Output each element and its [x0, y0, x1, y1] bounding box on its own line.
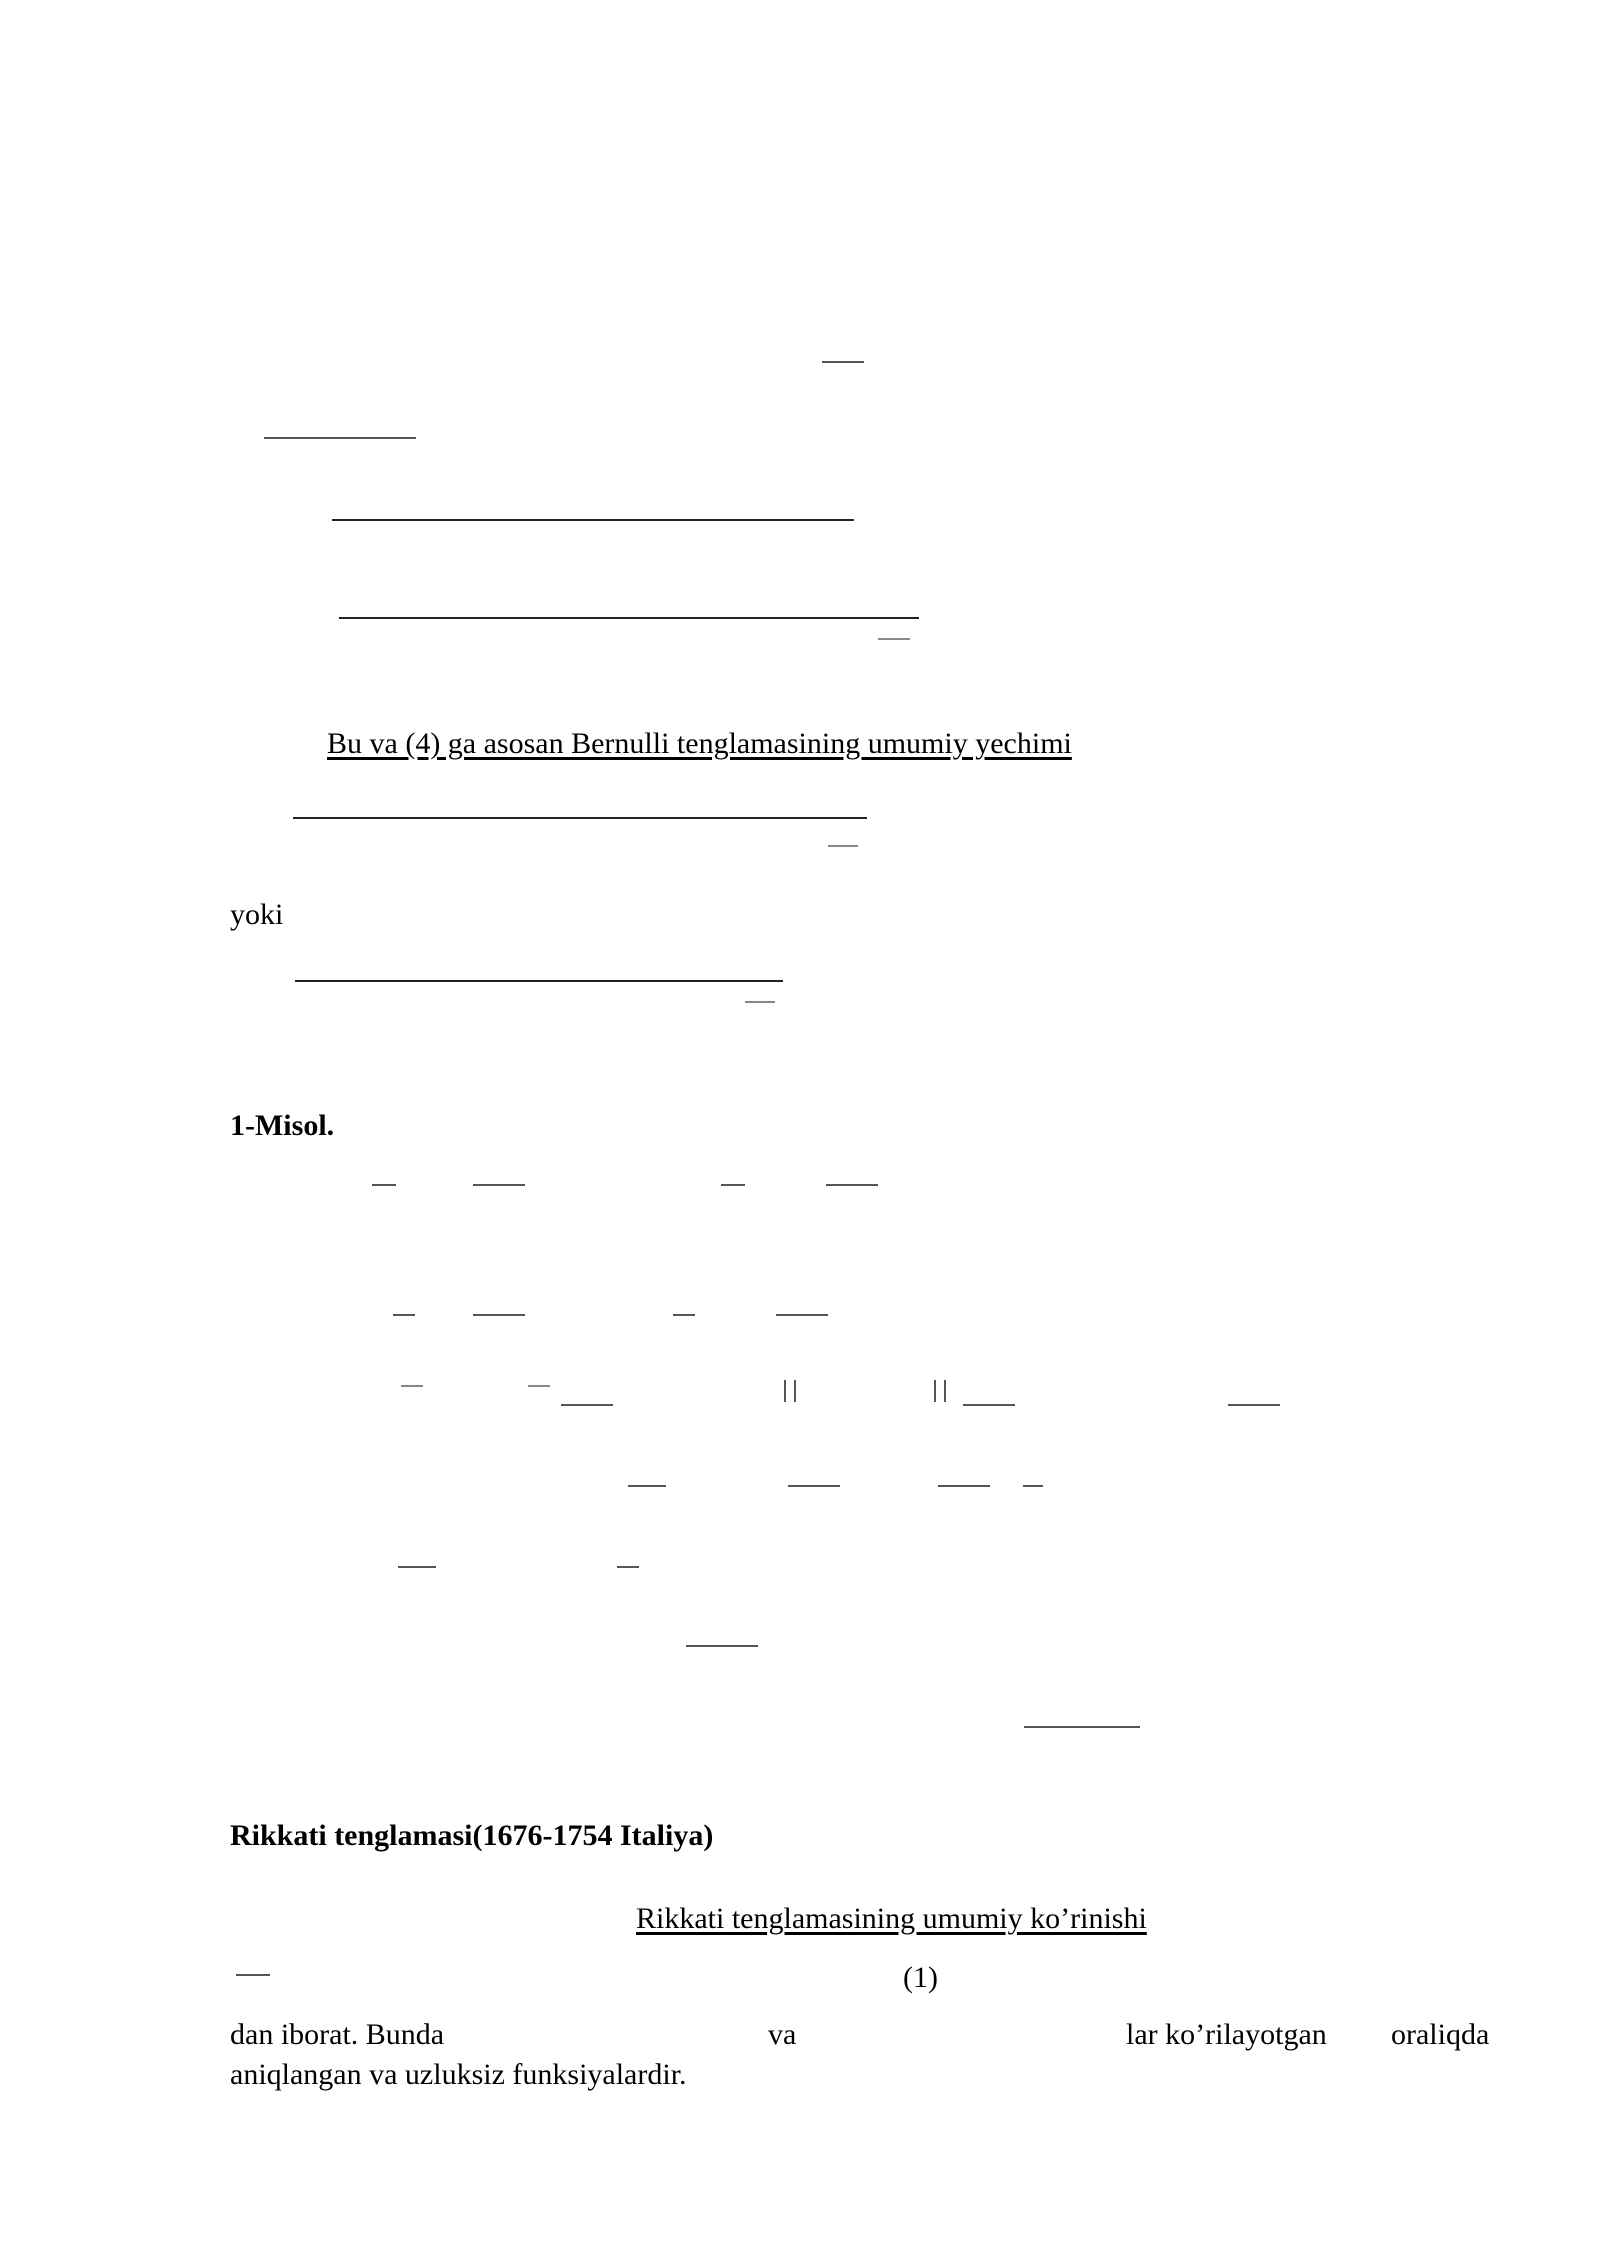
fraction-bar — [788, 1485, 840, 1487]
abs-bar — [934, 1380, 936, 1402]
fraction-bar — [628, 1485, 666, 1487]
fraction-bar — [295, 980, 783, 982]
fraction-bar — [236, 1974, 270, 1976]
fraction-bar — [393, 1314, 415, 1316]
fraction-bar — [372, 1184, 396, 1186]
fraction-bar — [528, 1385, 550, 1387]
riccati-heading: Rikkati tenglamasi(1676-1754 Italiya) — [230, 1818, 713, 1854]
paragraph-word: lar ko’rilayotgan — [1126, 2017, 1327, 2053]
fraction-bar — [617, 1566, 639, 1568]
fraction-bar — [339, 617, 919, 619]
fraction-bar — [332, 519, 854, 521]
paragraph-line: aniqlangan va uzluksiz funksiyalardir. — [230, 2057, 687, 2093]
fraction-bar — [963, 1404, 1015, 1406]
equation-number: (1) — [903, 1960, 938, 1996]
abs-bar — [794, 1380, 796, 1402]
fraction-bar — [828, 845, 858, 847]
fraction-bar — [473, 1314, 525, 1316]
yoki-text: yoki — [230, 897, 283, 933]
fraction-bar — [401, 1385, 423, 1387]
fraction-bar — [878, 638, 910, 640]
fraction-bar — [398, 1566, 436, 1568]
fraction-bar — [293, 817, 867, 819]
fraction-bar — [938, 1485, 990, 1487]
abs-bar — [944, 1380, 946, 1402]
fraction-bar — [721, 1184, 745, 1186]
abs-bar — [784, 1380, 786, 1402]
fraction-bar — [745, 1001, 775, 1003]
example-heading: 1-Misol. — [230, 1108, 334, 1144]
bernulli-caption: Bu va (4) ga asosan Bernulli tenglamasin… — [327, 726, 1072, 762]
fraction-bar — [561, 1404, 613, 1406]
paragraph-word: oraliqda — [1391, 2017, 1489, 2053]
fraction-bar — [776, 1314, 828, 1316]
paragraph-word: dan iborat. Bunda — [230, 2017, 444, 2053]
fraction-bar — [822, 361, 864, 363]
fraction-bar — [686, 1645, 758, 1647]
riccati-caption: Rikkati tenglamasining umumiy ko’rinishi — [636, 1901, 1147, 1937]
fraction-bar — [826, 1184, 878, 1186]
fraction-bar — [1023, 1485, 1043, 1487]
fraction-bar — [673, 1314, 695, 1316]
paragraph-word: va — [768, 2017, 796, 2053]
fraction-bar — [473, 1184, 525, 1186]
fraction-bar — [264, 437, 416, 439]
fraction-bar — [1228, 1404, 1280, 1406]
fraction-bar — [1024, 1726, 1140, 1728]
